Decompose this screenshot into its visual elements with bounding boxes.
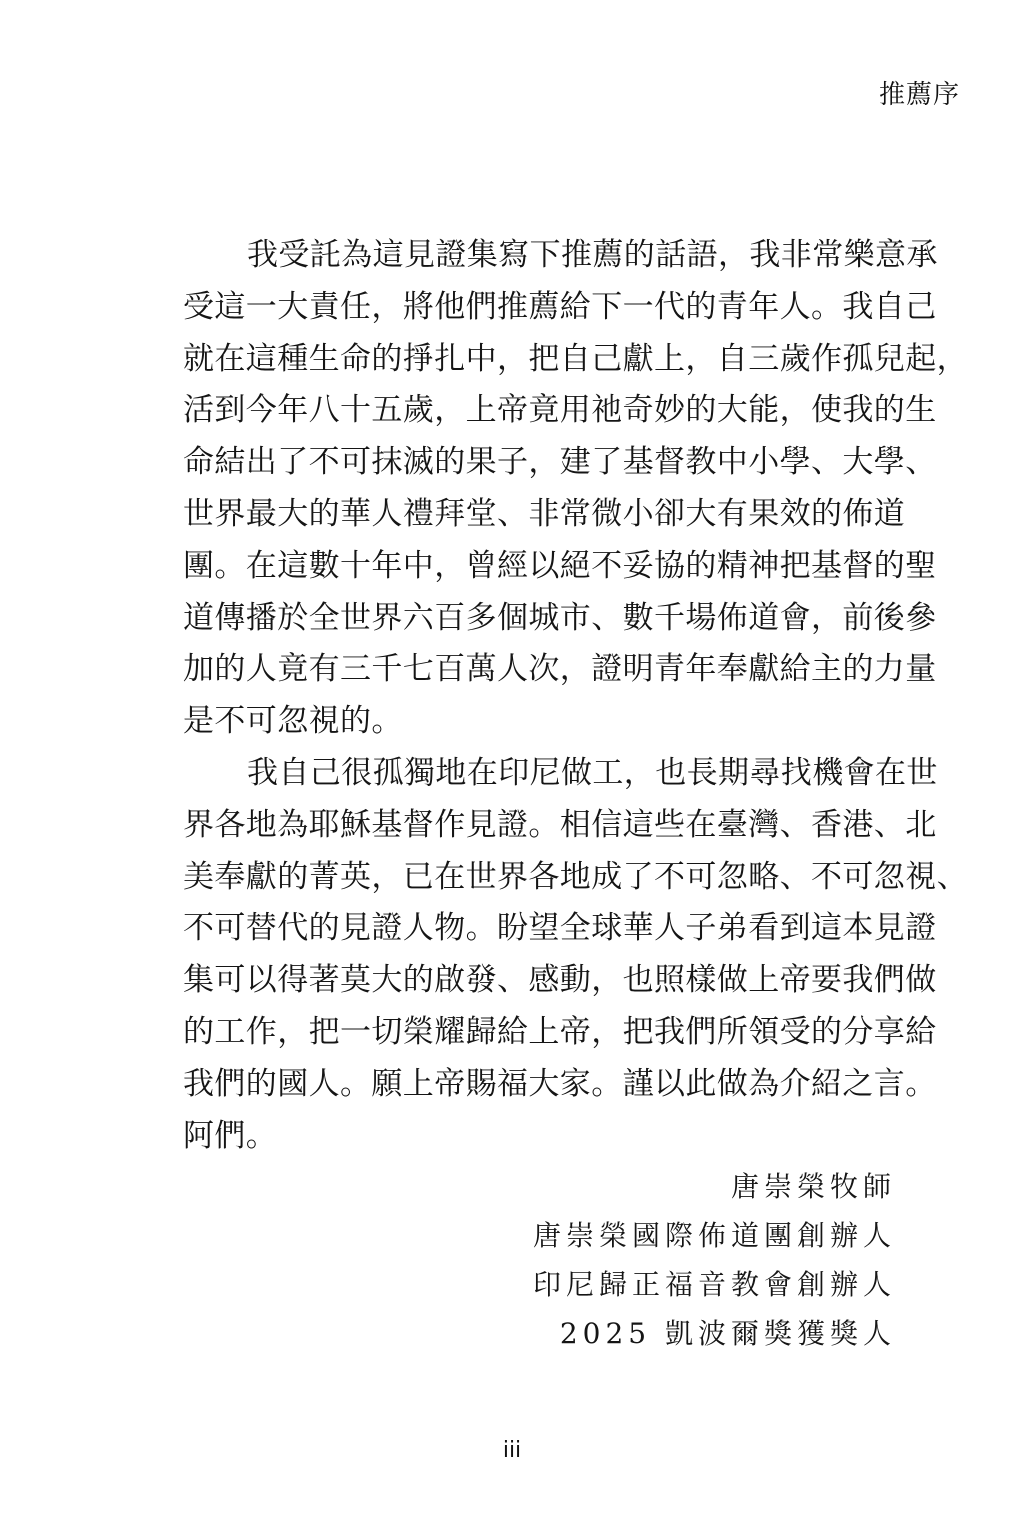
signature-title: 印尼歸正福音教會創辦人 <box>533 1260 896 1309</box>
text-line: 界各地為耶穌基督作見證。相信這些在臺灣、香港、北 <box>183 800 897 852</box>
text-line: 阿們。 <box>183 1111 897 1163</box>
paragraph-1: 我受託為這見證集寫下推薦的話語，我非常樂意承 受這一大責任，將他們推薦給下一代的… <box>183 230 897 748</box>
text-line: 我受託為這見證集寫下推薦的話語，我非常樂意承 <box>183 230 897 282</box>
text-line: 加的人竟有三千七百萬人次，證明青年奉獻給主的力量 <box>183 644 897 696</box>
running-header-title: 推薦序 <box>879 78 960 112</box>
text-line: 世界最大的華人禮拜堂、非常微小卻大有果效的佈道 <box>183 489 897 541</box>
text-line: 是不可忽視的。 <box>183 696 897 748</box>
text-line: 命結出了不可抹滅的果子，建了基督教中小學、大學、 <box>183 437 897 489</box>
page-number: iii <box>0 1438 1024 1463</box>
text-line: 我們的國人。願上帝賜福大家。謹以此做為介紹之言。 <box>183 1059 897 1111</box>
signature-name: 唐崇榮牧師 <box>533 1162 896 1211</box>
text-line: 我自己很孤獨地在印尼做工，也長期尋找機會在世 <box>183 748 897 800</box>
signature-title: 唐崇榮國際佈道團創辦人 <box>533 1211 896 1260</box>
text-line: 美奉獻的菁英，已在世界各地成了不可忽略、不可忽視、 <box>183 852 897 904</box>
text-line: 的工作，把一切榮耀歸給上帝，把我們所領受的分享給 <box>183 1007 897 1059</box>
text-line: 不可替代的見證人物。盼望全球華人子弟看到這本見證 <box>183 903 897 955</box>
body-text: 我受託為這見證集寫下推薦的話語，我非常樂意承 受這一大責任，將他們推薦給下一代的… <box>183 230 897 1162</box>
text-line: 團。在這數十年中，曾經以絕不妥協的精神把基督的聖 <box>183 541 897 593</box>
signature-block: 唐崇榮牧師 唐崇榮國際佈道團創辦人 印尼歸正福音教會創辦人 2025 凱波爾獎獲… <box>533 1162 896 1358</box>
text-line: 集可以得著莫大的啟發、感動，也照樣做上帝要我們做 <box>183 955 897 1007</box>
text-line: 道傳播於全世界六百多個城市、數千場佈道會，前後參 <box>183 593 897 645</box>
text-line: 受這一大責任，將他們推薦給下一代的青年人。我自己 <box>183 282 897 334</box>
text-line: 活到今年八十五歲，上帝竟用祂奇妙的大能，使我的生 <box>183 385 897 437</box>
signature-award: 2025 凱波爾獎獲獎人 <box>533 1309 896 1358</box>
text-line: 就在這種生命的掙扎中，把自己獻上，自三歲作孤兒起， <box>183 334 897 386</box>
paragraph-2: 我自己很孤獨地在印尼做工，也長期尋找機會在世 界各地為耶穌基督作見證。相信這些在… <box>183 748 897 1162</box>
